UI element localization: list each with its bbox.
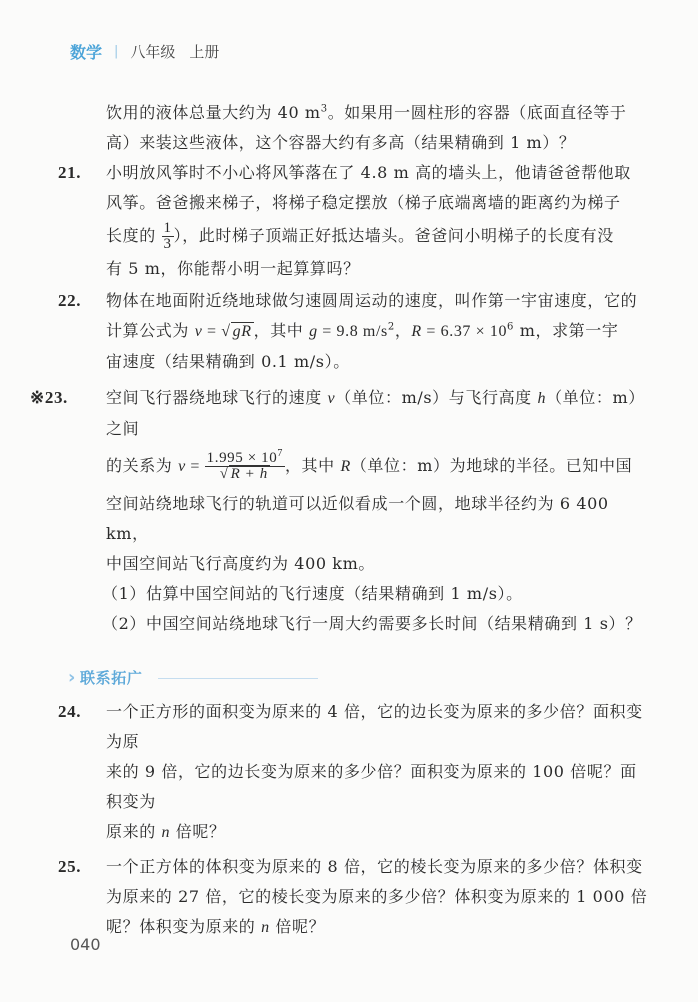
- question-line: 计算公式为 v = √gR，其中 g = 9.8 m/s2，R = 6.37 ×…: [106, 316, 648, 347]
- question-line: 小明放风筝时不小心将风筝落在了 4.8 m 高的墙头上，他请爸爸帮他取: [106, 158, 648, 188]
- question-number: ※23.: [30, 383, 100, 413]
- fraction-one-third: 13: [162, 221, 174, 252]
- question-24: 24. 一个正方形的面积变为原来的 4 倍，它的边长变为原来的多少倍？面积变为原…: [58, 697, 648, 848]
- section-divider: [158, 678, 318, 679]
- subject-label: 数学: [70, 40, 102, 63]
- sub-question-2: （2）中国空间站绕地球飞行一周大约需要多长时间（结果精确到 1 s）？: [102, 609, 648, 639]
- question-25: 25. 一个正方体的体积变为原来的 8 倍，它的棱长变为原来的多少倍？体积变 为…: [58, 852, 648, 943]
- sqrt-symbol: √: [221, 323, 230, 340]
- question-number: 24.: [58, 697, 102, 727]
- question-line: 风筝。爸爸搬来梯子，将梯子稳定摆放（梯子底端离墙的距离约为梯子: [106, 188, 648, 218]
- velocity-fraction: 1.995 × 107√R + h: [205, 451, 285, 482]
- question-23: ※23. 空间飞行器绕地球飞行的速度 v（单位：m/s）与飞行高度 h（单位：m…: [58, 383, 648, 639]
- page-number: 040: [70, 935, 101, 954]
- continuation-line-1: 饮用的液体总量大约为 40 m3。如果用一圆柱形的容器（底面直径等于: [106, 98, 648, 128]
- page-header: 数学 | 八年级 上册: [70, 40, 219, 63]
- question-number: 22.: [58, 286, 102, 316]
- grade-label: 八年级: [130, 41, 175, 62]
- continuation-text: 饮用的液体总量大约为 40 m3。如果用一圆柱形的容器（底面直径等于 高）来装这…: [58, 98, 648, 158]
- question-line: 一个正方形的面积变为原来的 4 倍，它的边长变为原来的多少倍？面积变为原: [106, 697, 648, 757]
- question-line: 宙速度（结果精确到 0.1 m/s）。: [106, 347, 648, 377]
- question-line: 有 5 m，你能帮小明一起算算吗？: [106, 254, 648, 284]
- sub-question-1: （1）估算中国空间站的飞行速度（结果精确到 1 m/s）。: [102, 579, 648, 609]
- question-22: 22. 物体在地面附近绕地球做匀速圆周运动的速度，叫作第一宇宙速度，它的 计算公…: [58, 286, 648, 377]
- question-line: 原来的 n 倍呢？: [106, 817, 648, 848]
- question-line: 为原来的 27 倍，它的棱长变为原来的多少倍？体积变为原来的 1 000 倍: [106, 882, 648, 912]
- chevron-right-icon: ›: [68, 663, 76, 693]
- header-separator: |: [114, 44, 118, 59]
- volume-label: 上册: [189, 41, 219, 62]
- question-number: 21.: [58, 158, 102, 188]
- question-line: 来的 9 倍，它的边长变为原来的多少倍？面积变为原来的 100 倍呢？面积变为: [106, 757, 648, 817]
- question-number: 25.: [58, 852, 102, 882]
- question-line: 的关系为 v = 1.995 × 107√R + h，其中 R（单位：m）为地球…: [106, 444, 648, 489]
- page-content: 饮用的液体总量大约为 40 m3。如果用一圆柱形的容器（底面直径等于 高）来装这…: [58, 98, 648, 943]
- question-line: 物体在地面附近绕地球做匀速圆周运动的速度，叫作第一宇宙速度，它的: [106, 286, 648, 316]
- question-line: 长度的 13），此时梯子顶端正好抵达墙头。爸爸问小明梯子的长度有没: [106, 218, 648, 254]
- question-line: 中国空间站飞行高度约为 400 km。: [106, 549, 648, 579]
- section-heading: › 联系拓广: [58, 665, 648, 691]
- question-line: 空间站绕地球飞行的轨道可以近似看成一个圆，地球半径约为 6 400 km，: [106, 489, 648, 549]
- question-line: 一个正方体的体积变为原来的 8 倍，它的棱长变为原来的多少倍？体积变: [106, 852, 648, 882]
- question-line: 空间飞行器绕地球飞行的速度 v（单位：m/s）与飞行高度 h（单位：m）之间: [106, 383, 648, 444]
- section-title: 联系拓广: [80, 663, 142, 693]
- question-21: 21. 小明放风筝时不小心将风筝落在了 4.8 m 高的墙头上，他请爸爸帮他取 …: [58, 158, 648, 284]
- question-line: 呢？体积变为原来的 n 倍呢？: [106, 912, 648, 943]
- continuation-line-2: 高）来装这些液体，这个容器大约有多高（结果精确到 1 m）？: [106, 128, 648, 158]
